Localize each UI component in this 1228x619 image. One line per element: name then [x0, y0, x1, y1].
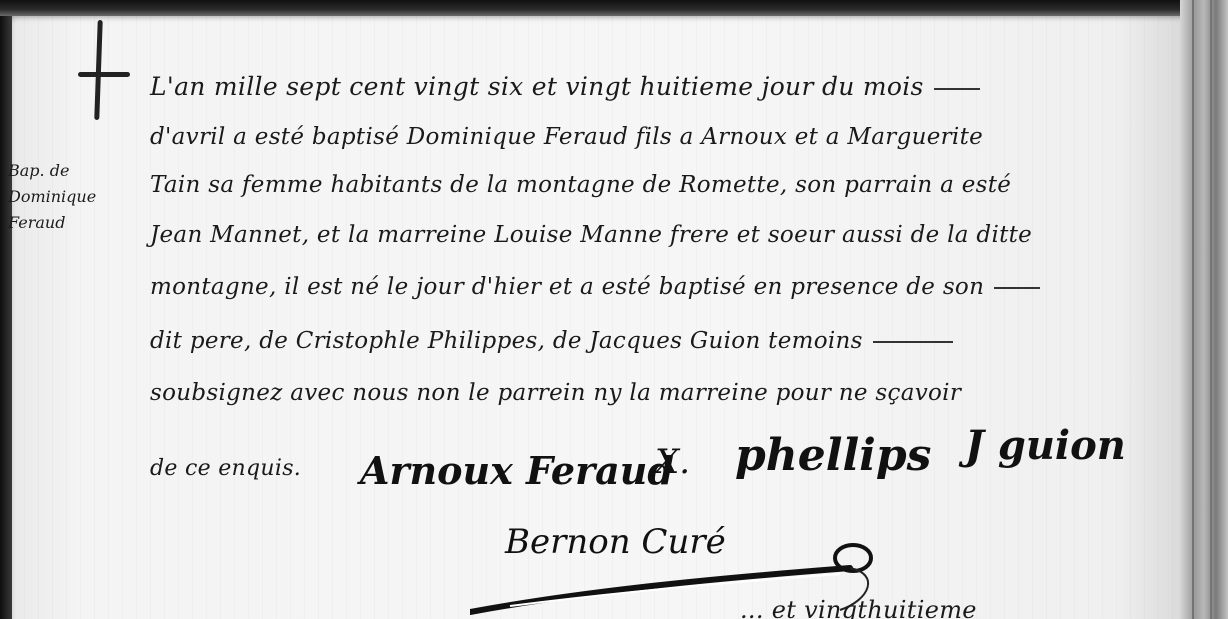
record-line-8: de ce enquis. — [150, 456, 301, 481]
page-left-edge — [0, 16, 12, 619]
margin-note-line: Feraud — [8, 210, 88, 236]
margin-note-line: Dominique — [8, 184, 88, 210]
signature-father: Arnoux Feraud — [360, 448, 674, 493]
record-line-2: d'avril a esté baptisé Dominique Feraud … — [150, 124, 983, 150]
signature-witness-phellips: phellips — [735, 430, 931, 481]
record-line-6: dit pere, de Cristophle Philippes, de Ja… — [150, 328, 953, 354]
signature-mark: X. — [655, 442, 690, 482]
record-line-3: Tain sa femme habitants de la montagne d… — [150, 172, 1011, 198]
cross-mark-icon — [78, 20, 128, 120]
book-binding — [1180, 0, 1228, 619]
signature-witness-guion: J guion — [965, 422, 1126, 469]
next-entry-fragment: ... et vingthuitieme — [740, 596, 977, 619]
margin-note-line: Bap. de — [8, 158, 88, 184]
record-line-1: L'an mille sept cent vingt six et vingt … — [150, 72, 980, 101]
margin-note: Bap. de Dominique Feraud — [8, 158, 88, 236]
record-line-4: Jean Mannet, et la marreine Louise Manne… — [150, 222, 1032, 248]
record-line-7: soubsignez avec nous non le parrein ny l… — [150, 380, 961, 406]
record-line-5: montagne, il est né le jour d'hier et a … — [150, 274, 1040, 300]
page-top-edge — [0, 0, 1228, 16]
